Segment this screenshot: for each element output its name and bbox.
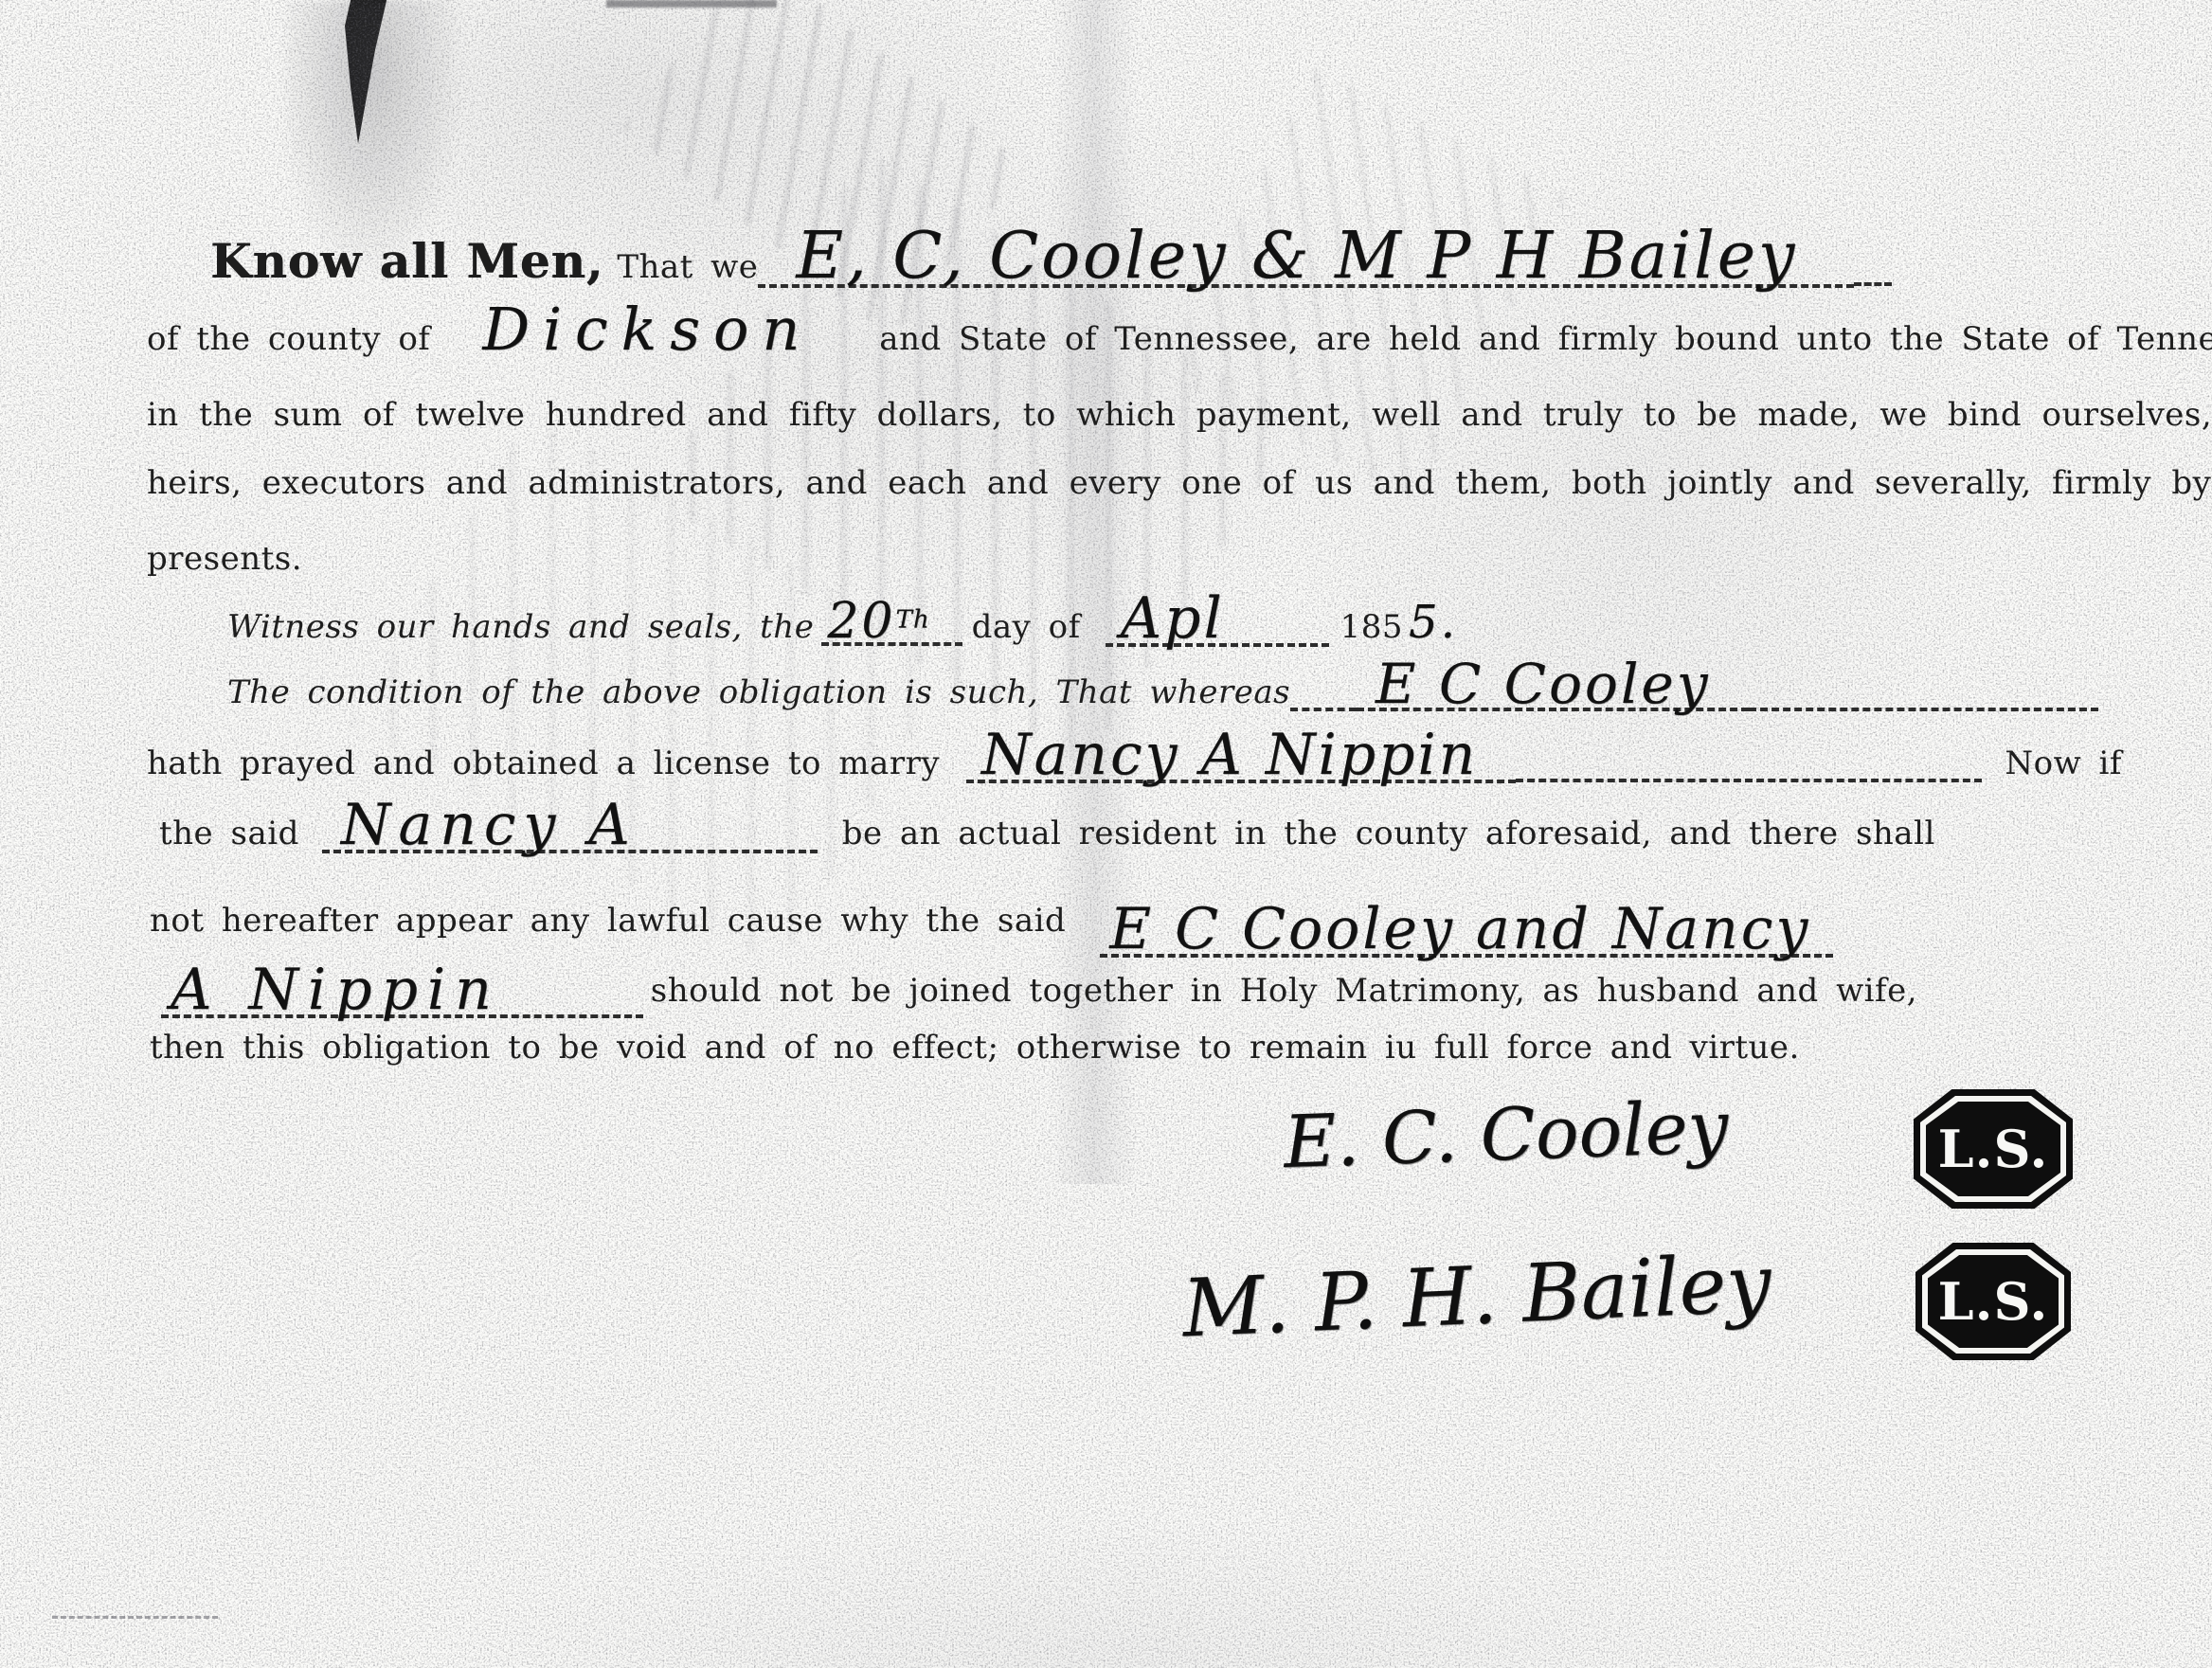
seal-cooley: L.S. (1914, 1089, 2073, 1209)
county-line-post: and State of Tennessee, are held and fir… (879, 320, 2212, 358)
blank-line (1516, 779, 1982, 782)
year-printed: 185 (1340, 608, 1403, 646)
signature-bailey: M. P. H. Bailey (1181, 1251, 1772, 1340)
heirs-line: heirs, executors and administrators, and… (147, 464, 2212, 502)
bride-handwritten: Nancy A Nippin (966, 731, 1516, 783)
day-handwritten: 20Th (821, 601, 962, 646)
couple-handwritten: E C Cooley and Nancy (1100, 906, 1833, 958)
cause-line: not hereafter appear any lawful cause wh… (150, 888, 2167, 941)
matrimony-line: A Nippin should not be joined together i… (161, 959, 2174, 1011)
opening-line: Know all Men, That we E, C, Cooley & M P… (210, 229, 1892, 289)
sum-line: in the sum of twelve hundred and fifty d… (147, 396, 2212, 434)
closing-line-text: then this obligation to be void and of n… (150, 1029, 1800, 1067)
condition-pre: The condition of the above obligation is… (227, 673, 1290, 711)
county-line: of the county of Dickson and State of Te… (147, 305, 2098, 358)
matrimony-post: should not be joined together in Holy Ma… (651, 972, 1917, 1010)
county-handwritten: Dickson (482, 305, 813, 355)
cause-pre: not hereafter appear any lawful cause wh… (150, 902, 1066, 940)
heirs-line-text: heirs, executors and administrators, and… (147, 464, 2212, 502)
scanned-marriage-bond-document: Know all Men, That we E, C, Cooley & M P… (0, 0, 2212, 1668)
county-line-pre: of the county of (147, 320, 430, 358)
groom-handwritten: E C Cooley (1357, 661, 1748, 711)
seal-field: L.S. (1926, 1102, 2060, 1196)
opening-that-we: That we (617, 248, 758, 286)
presents-line-text: presents. (147, 540, 302, 578)
year-handwritten: 5. (1409, 603, 1458, 642)
opening-blackletter: Know all Men, (210, 233, 603, 289)
seal-bailey: L.S. (1915, 1243, 2071, 1360)
seal-ls-label: L.S. (1938, 1271, 2049, 1332)
bride-cont-handwritten: A Nippin (161, 966, 643, 1018)
license-line: hath prayed and obtained a license to ma… (147, 731, 2122, 783)
closing-line: then this obligation to be void and of n… (150, 1029, 1800, 1067)
bride-short-handwritten: Nancy A (322, 801, 818, 853)
day-number: 20 (827, 593, 895, 650)
witness-pre: Witness our hands and seals, the (227, 608, 814, 646)
sum-line-text: in the sum of twelve hundred and fifty d… (147, 396, 2212, 434)
witness-mid: day of (972, 608, 1081, 646)
license-now-if: Now if (2005, 744, 2122, 782)
seal-field: L.S. (1928, 1255, 2059, 1348)
signature-cooley: E. C. Cooley (1283, 1099, 1729, 1172)
resident-line: the said Nancy A be an actual resident i… (159, 801, 2115, 853)
blank-line (1290, 708, 1357, 711)
ink-blot (313, 0, 407, 144)
scan-edge-mark (606, 0, 777, 8)
blank-line (1854, 282, 1892, 286)
day-suffix: Th (896, 605, 930, 634)
resident-pre: the said (159, 815, 299, 852)
blank-line (1749, 708, 2099, 711)
license-pre: hath prayed and obtained a license to ma… (147, 744, 940, 782)
scan-edge-mark (52, 1616, 218, 1619)
month-handwritten: Apl (1106, 595, 1329, 647)
condition-line: The condition of the above obligation is… (227, 661, 2098, 711)
presents-line: presents. (147, 540, 302, 578)
principals-handwritten: E, C, Cooley & M P H Bailey (758, 229, 1854, 288)
resident-post: be an actual resident in the county afor… (842, 815, 1935, 852)
seal-ls-label: L.S. (1938, 1119, 2049, 1179)
witness-line: Witness our hands and seals, the 20Th da… (227, 595, 1724, 647)
